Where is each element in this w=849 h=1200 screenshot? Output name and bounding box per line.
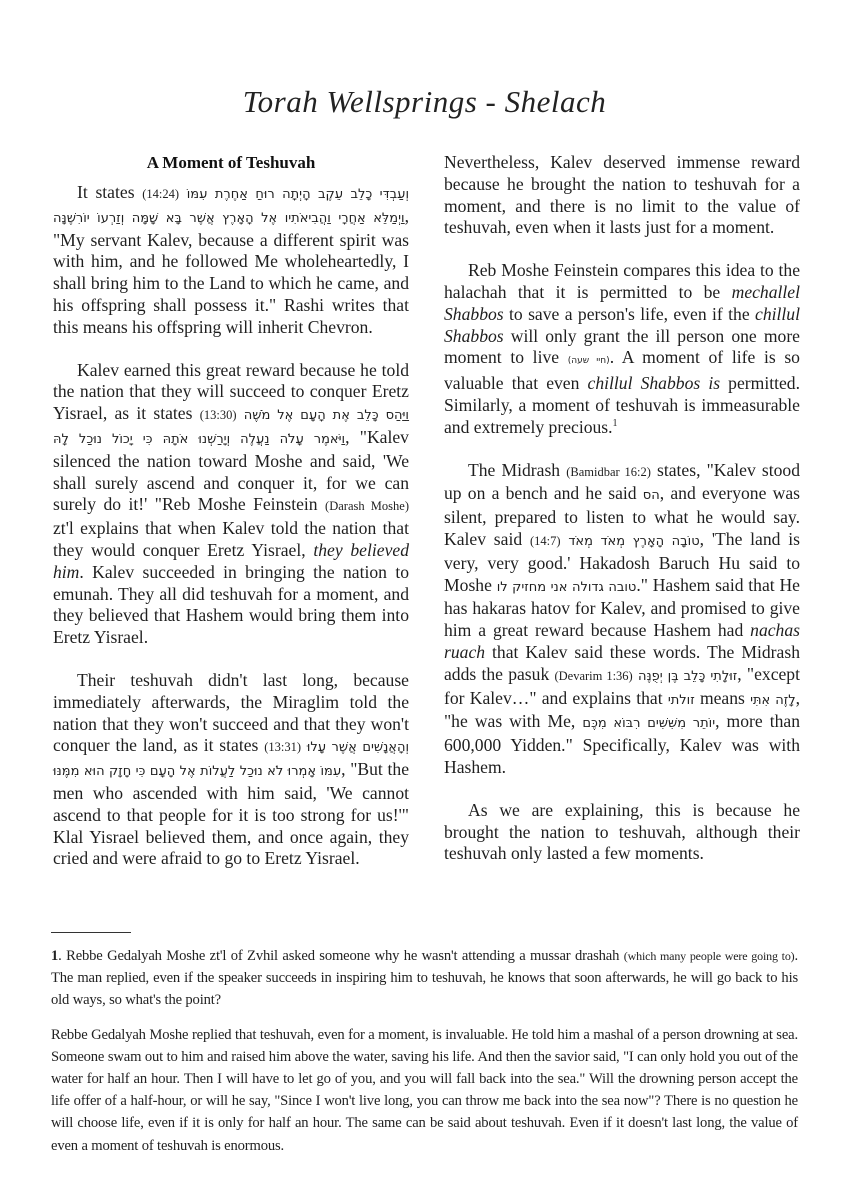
paragraph-it-states: It states (14:24) וְעַבְדִּי כָלֵב עֵקֶב… (53, 182, 409, 339)
paragraph-reb-moshe: Reb Moshe Feinstein compares this idea t… (444, 260, 800, 438)
hebrew-quote: הס (643, 488, 660, 503)
section-heading: A Moment of Teshuvah (53, 152, 409, 174)
text: . Kalev succeeded in bringing the nation… (53, 562, 409, 647)
paragraph-their-teshuvah: Their teshuvah didn't last long, because… (53, 670, 409, 870)
hebrew-reference: (חיי שעה) (568, 356, 610, 366)
footnote-1: 1. Rebbe Gedalyah Moshe zt'l of Zvhil as… (51, 945, 798, 1012)
source-reference: (Darash Moshe) (325, 499, 409, 513)
footnote-reference[interactable]: 1 (613, 418, 618, 429)
text: It states (77, 182, 142, 202)
source-reference: (13:31) (264, 740, 301, 754)
parenthetical: (which many people were going to) (624, 949, 795, 963)
left-column: A Moment of Teshuvah It states (14:24) ו… (53, 152, 409, 891)
hebrew-quote: לָזֶה אִתִּי (750, 693, 795, 708)
source-reference: (14:24) (142, 187, 179, 201)
paragraph-nevertheless: Nevertheless, Kalev deserved immense rew… (444, 152, 800, 239)
paragraph-as-we-explain: As we are explaining, this is because he… (444, 800, 800, 865)
right-column: Nevertheless, Kalev deserved immense rew… (444, 152, 800, 886)
paragraph-midrash: The Midrash (Bamidbar 16:2) states, "Kal… (444, 460, 800, 779)
page-title: Torah Wellsprings - Shelach (0, 84, 849, 120)
source-reference: (13:30) (200, 408, 237, 422)
hebrew-quote: זוּלָתִי כָּלֵב בֶּן יְפֻנֶּה (638, 669, 737, 684)
footnote-1-continued: Rebbe Gedalyah Moshe replied that teshuv… (51, 1024, 798, 1157)
paragraph-kalev-earned: Kalev earned this great reward because h… (53, 360, 409, 649)
footnote-divider (51, 932, 131, 933)
footnotes: 1. Rebbe Gedalyah Moshe zt'l of Zvhil as… (51, 945, 798, 1169)
source-reference: (14:7) (530, 534, 561, 548)
source-reference: (Bamidbar 16:2) (566, 465, 651, 479)
hebrew-quote: טובה גדולה אני מחזיק לו (497, 580, 637, 595)
text: . Rebbe Gedalyah Moshe zt'l of Zvhil ask… (58, 948, 624, 964)
hebrew-quote: טוֹבָה הָאָרֶץ מְאֹד מְאֹד (568, 534, 699, 549)
text: to save a person's life, even if the (504, 304, 755, 324)
source-reference: (Devarim 1:36) (554, 669, 632, 683)
text: means (695, 688, 750, 708)
hebrew-quote: יוֹתֵר מִשִּׁשִּׁים רִבּוֹא מִכֶּם (582, 716, 715, 731)
hebrew-quote: זולתי (668, 693, 695, 708)
emphasis: chillul Shabbos is (588, 373, 721, 393)
text: The Midrash (468, 460, 566, 480)
